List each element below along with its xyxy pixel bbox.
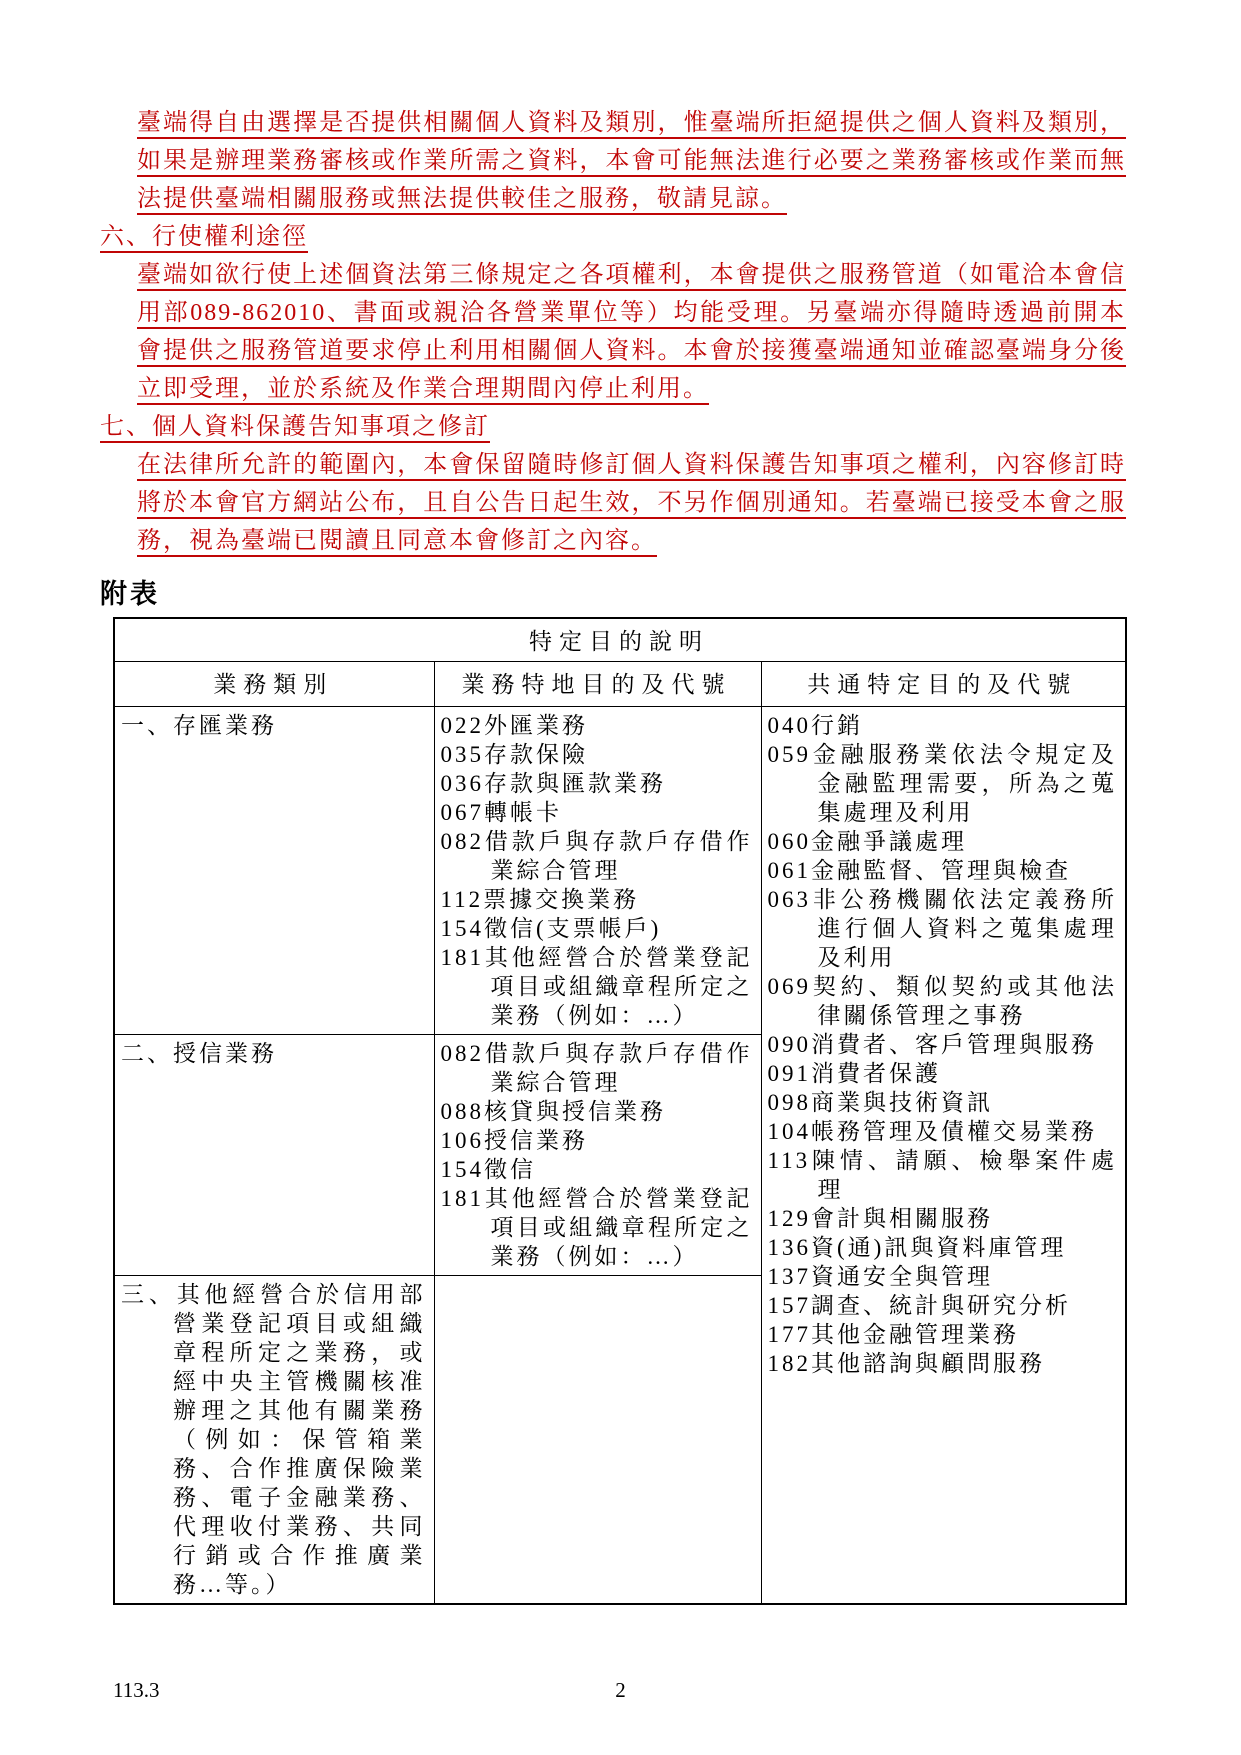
category-cell: 一、存匯業務: [114, 707, 434, 1035]
common-purpose-item: 104帳務管理及債權交易業務: [768, 1117, 1118, 1146]
category-text: 二、授信業務: [121, 1039, 426, 1068]
notice-paragraph: 臺端得自由選擇是否提供相關個人資料及類別，惟臺端所拒絕提供之個人資料及類別，如果…: [100, 104, 1126, 218]
common-purpose-item: 182其他諮詢與顧問服務: [768, 1349, 1118, 1378]
purpose-item: 112票據交換業務: [441, 885, 753, 914]
notice-section-heading: 七、個人資料保護告知事項之修訂: [100, 408, 1126, 446]
table-title-row: 特定目的說明: [114, 618, 1126, 662]
purposes-cell-empty: [434, 1276, 761, 1605]
purpose-item: 088核貸與授信業務: [441, 1097, 753, 1126]
purpose-item: 035存款保險: [441, 740, 753, 769]
common-purpose-item: 090消費者、客戶管理與服務: [768, 1030, 1118, 1059]
purpose-item: 106授信業務: [441, 1126, 753, 1155]
specific-purposes-table: 特定目的說明 業務類別 業務特地目的及代號 共通特定目的及代號 一、存匯業務 0…: [113, 617, 1127, 1605]
common-purpose-item: 091消費者保護: [768, 1059, 1118, 1088]
notice-paragraph: 臺端如欲行使上述個資法第三條規定之各項權利，本會提供之服務管道（如電洽本會信用部…: [100, 256, 1126, 408]
common-purposes-cell: 040行銷059金融服務業依法令規定及金融監理需要，所為之蒐集處理及利用060金…: [761, 707, 1126, 1605]
category-text: 三、其他經營合於信用部營業登記項目或組織章程所定之業務，或經中央主管機關核准辦理…: [121, 1280, 426, 1599]
category-text: 一、存匯業務: [121, 711, 426, 740]
common-purpose-item: 098商業與技術資訊: [768, 1088, 1118, 1117]
purposes-cell: 022外匯業務035存款保險036存款與匯款業務067轉帳卡082借款戶與存款戶…: [434, 707, 761, 1035]
purposes-cell: 082借款戶與存款戶存借作業綜合管理088核貸與授信業務106授信業務154徵信…: [434, 1035, 761, 1276]
purpose-item: 036存款與匯款業務: [441, 769, 753, 798]
purpose-item: 154徵信(支票帳戶): [441, 914, 753, 943]
common-purpose-item: 063非公務機關依法定義務所進行個人資料之蒐集處理及利用: [768, 885, 1118, 972]
common-purpose-item: 136資(通)訊與資料庫管理: [768, 1233, 1118, 1262]
purpose-item: 022外匯業務: [441, 711, 753, 740]
common-purpose-item: 129會計與相關服務: [768, 1204, 1118, 1233]
notice-paragraph: 在法律所允許的範圍內，本會保留隨時修訂個人資料保護告知事項之權利，內容修訂時將於…: [100, 446, 1126, 560]
common-purpose-item: 177其他金融管理業務: [768, 1320, 1118, 1349]
table-title: 特定目的說明: [114, 618, 1126, 662]
page-content: 臺端得自由選擇是否提供相關個人資料及類別，惟臺端所拒絕提供之個人資料及類別，如果…: [100, 104, 1126, 1605]
common-purpose-item: 137資通安全與管理: [768, 1262, 1118, 1291]
common-purpose-item: 157調查、統計與研究分析: [768, 1291, 1118, 1320]
column-header-common-purposes: 共通特定目的及代號: [761, 662, 1126, 707]
column-header-business-purposes: 業務特地目的及代號: [434, 662, 761, 707]
purpose-item: 154徵信: [441, 1155, 753, 1184]
common-purpose-item: 040行銷: [768, 711, 1118, 740]
purpose-item: 181其他經營合於營業登記項目或組織章程所定之業務（例如：…）: [441, 943, 753, 1030]
table-header-row: 業務類別 業務特地目的及代號 共通特定目的及代號: [114, 662, 1126, 707]
common-purpose-item: 059金融服務業依法令規定及金融監理需要，所為之蒐集處理及利用: [768, 740, 1118, 827]
purpose-item: 067轉帳卡: [441, 798, 753, 827]
category-cell: 二、授信業務: [114, 1035, 434, 1276]
common-purpose-item: 069契約、類似契約或其他法律關係管理之事務: [768, 972, 1118, 1030]
category-cell: 三、其他經營合於信用部營業登記項目或組織章程所定之業務，或經中央主管機關核准辦理…: [114, 1276, 434, 1605]
purpose-item: 082借款戶與存款戶存借作業綜合管理: [441, 1039, 753, 1097]
purpose-item: 082借款戶與存款戶存借作業綜合管理: [441, 827, 753, 885]
notice-section-heading: 六、行使權利途徑: [100, 218, 1126, 256]
common-purpose-item: 061金融監督、管理與檢查: [768, 856, 1118, 885]
table-row: 一、存匯業務 022外匯業務035存款保險036存款與匯款業務067轉帳卡082…: [114, 707, 1126, 1035]
purpose-item: 181其他經營合於營業登記項目或組織章程所定之業務（例如：…）: [441, 1184, 753, 1271]
attachment-label: 附表: [100, 578, 1126, 610]
column-header-business-category: 業務類別: [114, 662, 434, 707]
common-purpose-item: 060金融爭議處理: [768, 827, 1118, 856]
footer-page-number: 2: [0, 1678, 1241, 1703]
common-purpose-item: 113陳情、請願、檢舉案件處理: [768, 1146, 1118, 1204]
privacy-notice-text: 臺端得自由選擇是否提供相關個人資料及類別，惟臺端所拒絕提供之個人資料及類別，如果…: [100, 104, 1126, 560]
